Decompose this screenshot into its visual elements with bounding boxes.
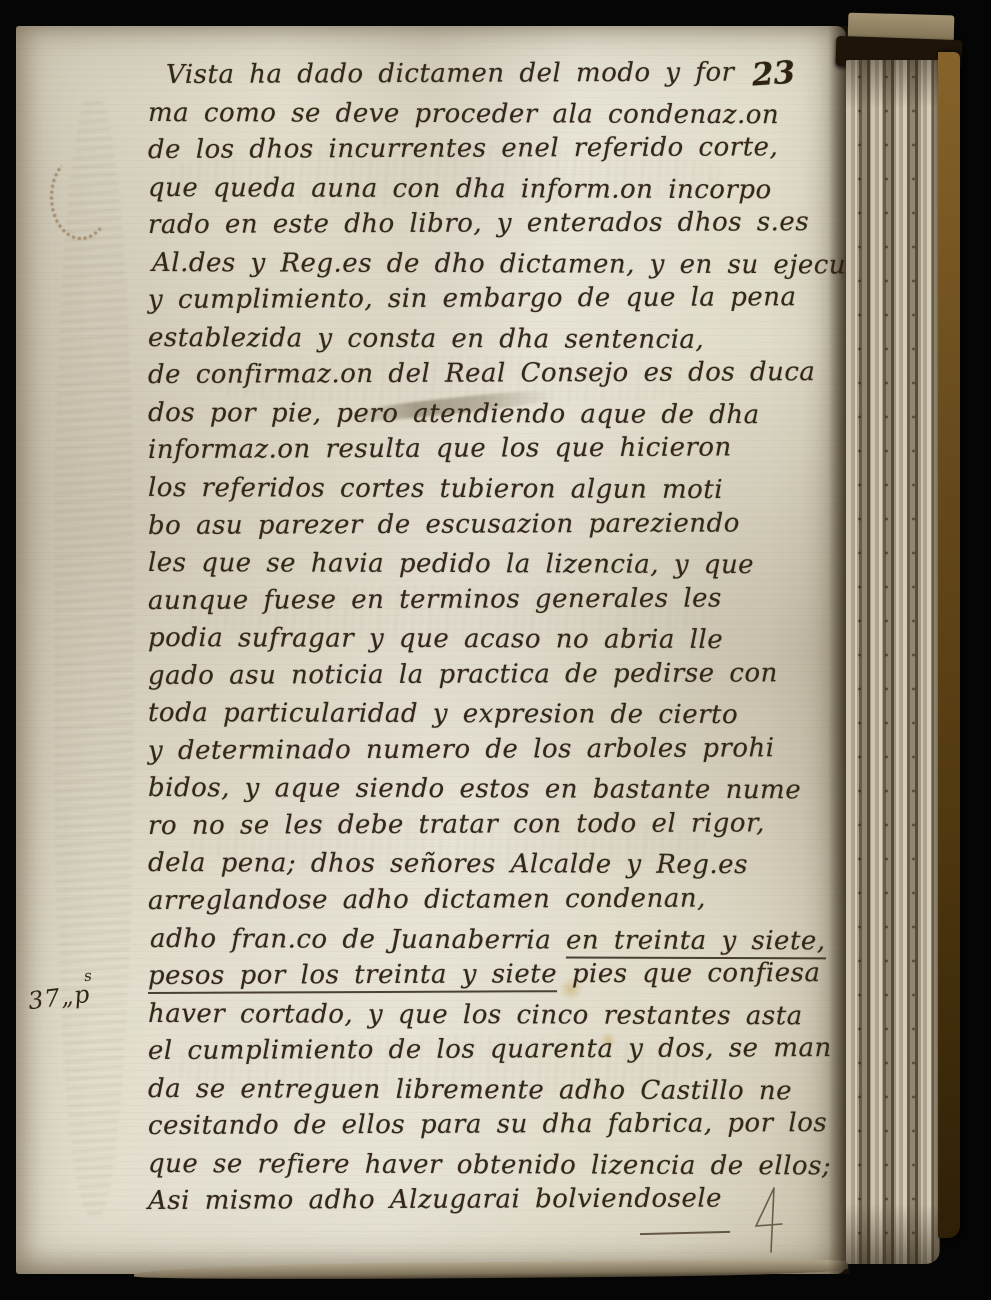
manuscript-line: aunque fuese en terminos generales les [148,583,848,624]
manuscript-line: y determinado numero de los arboles proh… [148,733,848,774]
margin-note-superscript: s [83,966,94,985]
manuscript-line: bo asu parezer de escusazion pareziendo [148,508,848,549]
line-text: adho fran.co de Juanaberria [150,924,566,955]
manuscript-line: el cumplimiento de los quarenta y dos, s… [148,1033,848,1074]
manuscript-line: cesitando de ellos para su dha fabrica, … [148,1108,848,1149]
underlined-phrase: en treinta y siete, [566,925,826,959]
manuscript-photo: 23 Vista ha dado dictamen del modo y for… [0,0,991,1300]
ink-stain-arc [50,154,112,240]
wormhole-specks [846,60,940,1264]
manuscript-line: de confirmaz.on del Real Consejo es dos … [148,357,848,398]
stacked-page-edges [846,60,940,1264]
book-cover-strip [938,52,960,1238]
line-text: pies que confiesa [557,958,821,989]
book-fore-edge [846,12,976,1292]
manuscript-line: podia sufragar y que acaso no abria lle [148,623,848,663]
torn-paper-edge [134,1259,848,1281]
manuscript-line: bidos, y aque siendo estos en bastante n… [148,773,848,813]
manuscript-line: ro no se les debe tratar con todo el rig… [148,808,848,849]
margin-note-amount: 37„ps [26,978,100,1015]
manuscript-line: y cumplimiento, sin embargo de que la pe… [148,282,848,323]
manuscript-page: 23 Vista ha dado dictamen del modo y for… [16,26,846,1274]
manuscript-line: toda particularidad y expresion de ciert… [148,698,848,738]
manuscript-line: los referidos cortes tubieron algun moti [148,473,848,513]
manuscript-line: arreglandose adho dictamen condenan, [148,883,848,924]
manuscript-line: informaz.on resulta que los que hicieron [148,432,848,473]
manuscript-line-sentence-amount: pesos por los treinta y siete pies que c… [148,958,848,999]
pen-flourish-icon [744,1186,790,1256]
closing-rule [640,1231,730,1235]
manuscript-line: Vista ha dado dictamen del modo y for [166,57,848,98]
manuscript-line: de los dhos incurrentes enel referido co… [148,132,848,173]
manuscript-line: les que se havia pedido la lizencia, y q… [148,548,848,588]
manuscript-line: gado asu noticia la practica de pedirse … [148,658,848,699]
bleedthrough-margin-column [54,96,134,1216]
underlined-phrase: pesos por los treinta y siete [148,959,557,994]
manuscript-line: rado en este dho libro, y enterados dhos… [148,207,848,248]
margin-note-value: 37„p [27,980,92,1015]
handwritten-text-block: Vista ha dado dictamen del modo y for ma… [148,60,848,1224]
